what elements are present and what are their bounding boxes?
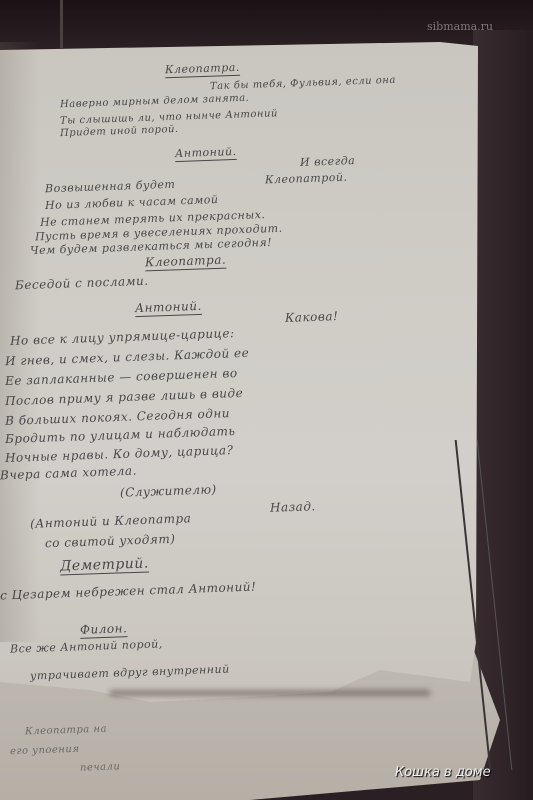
watermark-koshka-v-dome: Кошка в доме <box>395 765 491 780</box>
character-name: Деметрий. <box>60 555 149 574</box>
character-name: Антоний. <box>135 299 202 315</box>
character-name: Филон. <box>80 621 128 637</box>
character-name: Антоний. <box>175 145 237 160</box>
display-case-glass-edge <box>60 0 63 48</box>
manuscript-line: И всегда <box>300 154 356 169</box>
character-name: Клеопатра. <box>145 253 227 270</box>
manuscript-line: Назад. <box>270 499 316 515</box>
torn-edge-shadow <box>110 690 430 696</box>
character-name: Клеопатра. <box>165 61 240 77</box>
manuscript-line: Какова! <box>285 309 339 325</box>
watermark-sibmama: sibmama.ru <box>427 20 493 33</box>
manuscript-line: печали <box>80 761 121 773</box>
